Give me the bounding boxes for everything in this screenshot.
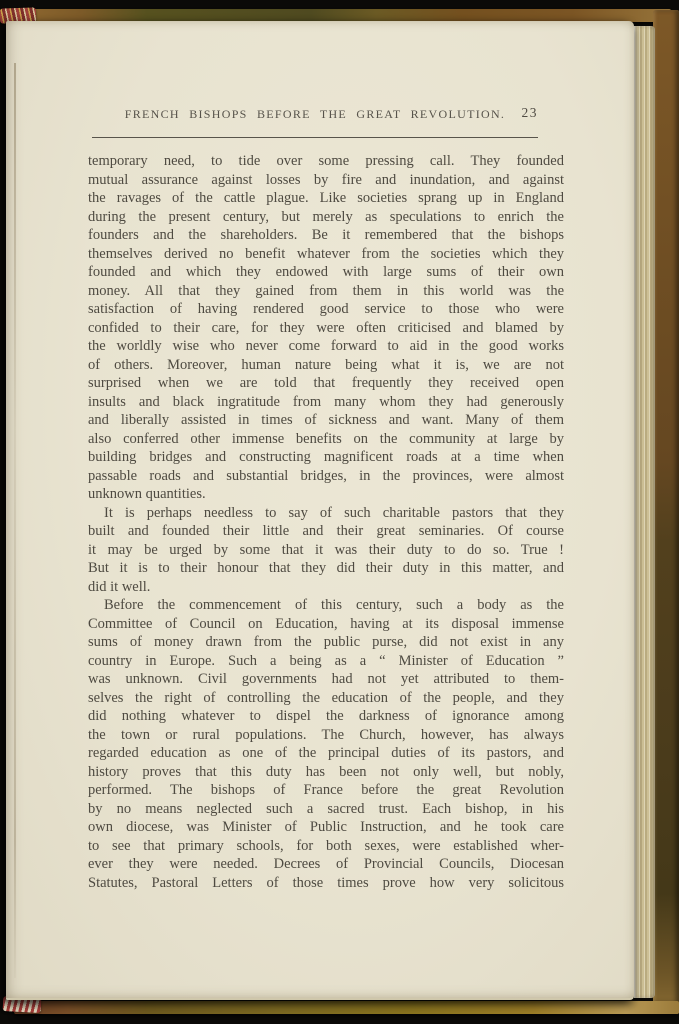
- text-line: founders and the shareholders. Be it rem…: [88, 226, 564, 245]
- text-line: But it is to their honour that they did …: [88, 559, 564, 578]
- text-line: building bridges and constructing magnif…: [88, 448, 564, 467]
- text-line: and liberally assisted in times of sickn…: [88, 411, 564, 430]
- text-line: the ravages of the cattle plague. Like s…: [88, 189, 564, 208]
- text-line: by no means neglected such a sacred trus…: [88, 800, 564, 819]
- text-line: sums of money drawn from the public purs…: [88, 633, 564, 652]
- text-line: country in Europe. Such a being as a “ M…: [88, 652, 564, 671]
- text-line: did nothing whatever to dispel the darkn…: [88, 707, 564, 726]
- text-line: mutual assurance against losses by fire …: [88, 171, 564, 190]
- text-line: also conferred other immense benefits on…: [88, 430, 564, 449]
- text-line: built and founded their little and their…: [88, 522, 564, 541]
- text-line: passable roads and substantial bridges, …: [88, 467, 564, 486]
- book-page: FRENCH BISHOPS BEFORE THE GREAT REVOLUTI…: [6, 21, 634, 1000]
- book-cover-right-edge: [653, 10, 679, 1014]
- text-line: It is perhaps needless to say of such ch…: [88, 504, 564, 523]
- running-header-title: FRENCH BISHOPS BEFORE THE GREAT REVOLUTI…: [125, 107, 505, 121]
- text-line: the town or rural populations. The Churc…: [88, 726, 564, 745]
- text-line: ever they were needed. Decrees of Provin…: [88, 855, 564, 874]
- text-line: was unknown. Civil governments had not y…: [88, 670, 564, 689]
- text-line: surprised when we are told that frequent…: [88, 374, 564, 393]
- text-line: during the present century, but merely a…: [88, 208, 564, 227]
- text-line: selves the right of controlling the educ…: [88, 689, 564, 708]
- text-line: performed. The bishops of France before …: [88, 781, 564, 800]
- text-line: of others. Moreover, human nature being …: [88, 356, 564, 375]
- text-line: insults and black ingratitude from many …: [88, 393, 564, 412]
- text-line: themselves derived no benefit whatever f…: [88, 245, 564, 264]
- text-line: money. All that they gained from them in…: [88, 282, 564, 301]
- header-rule: [92, 137, 538, 138]
- page-gutter-crease: [14, 63, 16, 978]
- text-line: confided to their care, for they were of…: [88, 319, 564, 338]
- book-cover-bottom-edge: [14, 1001, 679, 1014]
- book: FRENCH BISHOPS BEFORE THE GREAT REVOLUTI…: [0, 0, 679, 1024]
- text-line: founded and which they endowed with larg…: [88, 263, 564, 282]
- text-line: unknown quantities.: [88, 485, 564, 504]
- page-body-text: temporary need, to tide over some pressi…: [88, 152, 564, 892]
- text-line: did it well.: [88, 578, 564, 597]
- text-line: regarded education as one of the princip…: [88, 744, 564, 763]
- text-line: Statutes, Pastoral Letters of those time…: [88, 874, 564, 893]
- text-line: to see that primary schools, for both se…: [88, 837, 564, 856]
- text-line: Before the commencement of this century,…: [88, 596, 564, 615]
- page-number: 23: [522, 105, 539, 121]
- running-header: FRENCH BISHOPS BEFORE THE GREAT REVOLUTI…: [92, 105, 538, 125]
- text-line: own diocese, was Minister of Public Inst…: [88, 818, 564, 837]
- book-fore-edge: [634, 26, 655, 998]
- text-line: the worldly wise who never come forward …: [88, 337, 564, 356]
- text-line: history proves that this duty has been n…: [88, 763, 564, 782]
- text-line: Committee of Council on Education, havin…: [88, 615, 564, 634]
- text-line: satisfaction of having rendered good ser…: [88, 300, 564, 319]
- text-line: temporary need, to tide over some pressi…: [88, 152, 564, 171]
- text-line: it may be urged by some that it was thei…: [88, 541, 564, 560]
